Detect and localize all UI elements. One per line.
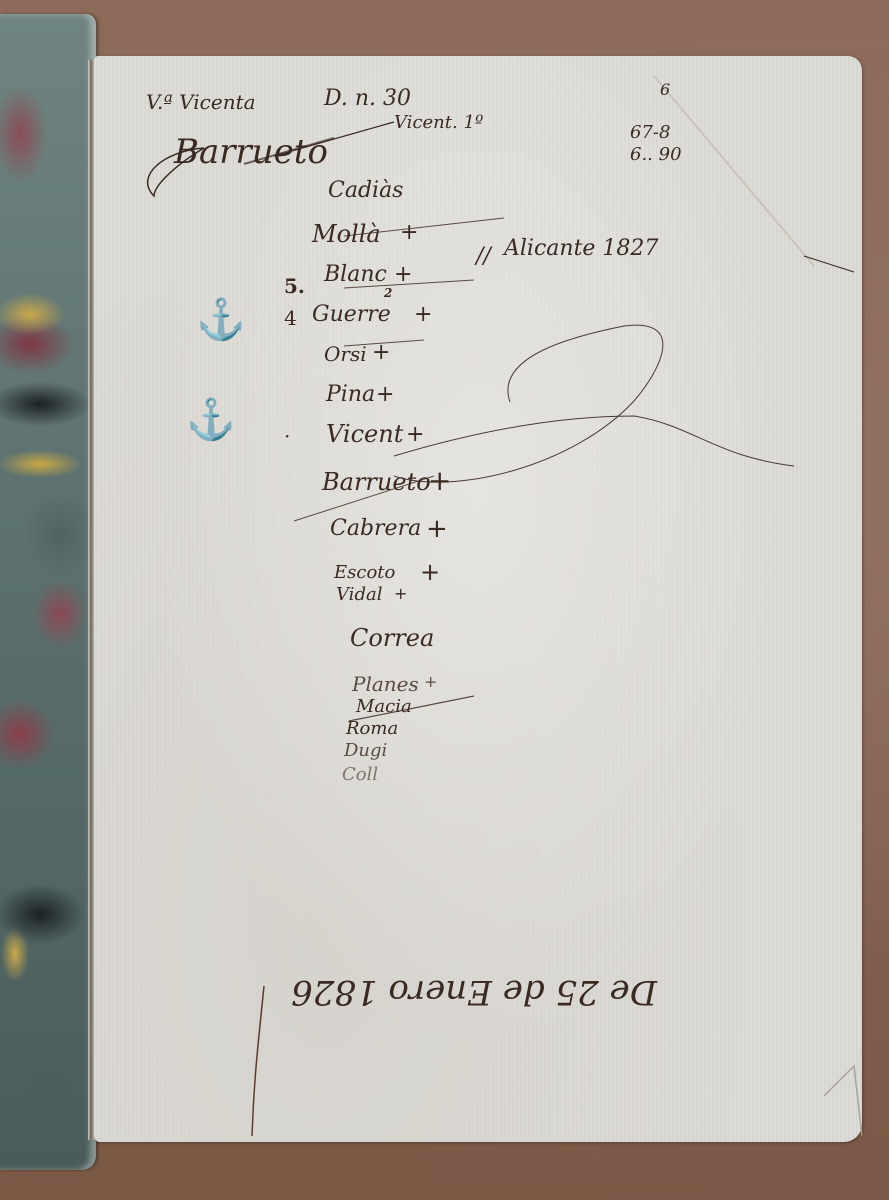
name-list-item: Blanc [324,262,387,287]
cross-mark: + [400,220,418,245]
name-list-item: Pina [326,382,375,407]
cross-mark: + [414,302,432,327]
cross-mark: + [406,422,424,447]
name-list-item: Correa [350,624,434,652]
marbled-book-cover [0,14,96,1170]
name-list-item: Escoto [334,562,395,583]
place-date-prefix: // [476,244,491,269]
name-list-item: Dugi [344,740,387,761]
cross-mark: + [376,382,394,407]
name-list-item: Coll [342,764,378,785]
name-list-item: Vidal [336,584,382,605]
header-note-vicent: Vicent. 1º [394,112,483,133]
upside-down-inscription: De 25 de Enero 1826 [174,972,774,1012]
name-list-item: Cabrera [330,516,421,541]
signature-barrueto: Barrueto [174,132,328,172]
anchor-monogram-icon: ⚓ [196,296,246,343]
name-list-item: Barrueto [322,468,431,496]
number-note-bottom: 6.. 90 [630,144,682,165]
name-list-item: Cadiàs [328,178,403,203]
cross-mark: + [394,584,407,603]
cross-mark: + [426,514,448,544]
cross-mark: + [428,464,451,497]
side-mark-5: 5. [284,274,305,298]
name-list-item: Orsi [324,342,367,366]
flyleaf-page: V.ª Vicenta D. n. 30 Vicent. 1º Barrueto… [94,56,862,1142]
name-list-item: Vicent [326,420,403,448]
name-list-item: Planes [352,672,419,696]
cross-mark: + [424,672,437,691]
cross-mark: + [372,340,390,365]
number-note-mid: 67-8 [630,122,670,143]
side-mark-4: 4 [284,306,297,330]
name-list-item: Mollà [312,220,381,248]
cross-mark: + [420,558,440,586]
header-note-vicenta: V.ª Vicenta [146,90,256,114]
anchor-monogram-icon: ⚓ [186,396,236,443]
side-mark-dot: · [284,424,290,448]
name-list-item: Guerre [312,302,391,327]
name-list-item: Macia [356,696,412,717]
name-list-item: Roma [346,718,398,739]
place-date: Alicante 1827 [504,236,658,261]
header-note-dn: D. n. 30 [324,86,411,111]
number-note-top: 6 [660,80,670,99]
superscript-mark: 2 [384,286,392,300]
cross-mark: + [394,262,412,287]
